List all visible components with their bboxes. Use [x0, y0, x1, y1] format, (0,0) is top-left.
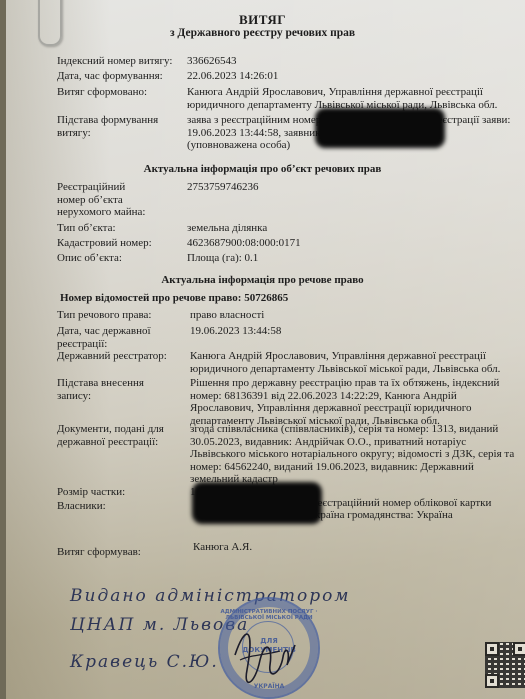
handwritten-line-issued: Видано адміністратором	[70, 586, 351, 606]
section-heading-right: Актуальна інформація про речове право	[0, 274, 525, 286]
qr-code[interactable]	[485, 642, 525, 688]
field-label: Документи, подані для державної реєстрац…	[57, 423, 167, 448]
field-label: Тип об’єкта:	[57, 222, 182, 235]
qr-finder-bottom-left	[485, 674, 499, 688]
signature	[225, 615, 305, 695]
field-value: Канюга Андрій Ярославович, Управління де…	[190, 350, 520, 375]
field-value: 4623687900:08:000:0171	[187, 237, 517, 250]
document-subtitle: з Державного реєстру речових прав	[0, 27, 525, 39]
section-heading-object: Актуальна інформація про об’єкт речових …	[0, 163, 525, 175]
redaction-applicant	[315, 108, 445, 148]
right-record-number: Номер відомостей про речове право: 50726…	[60, 292, 288, 304]
field-value: 336626543	[187, 55, 517, 68]
owners-line-2-end: країна громадянства: Україна	[315, 509, 453, 522]
field-label: Підстава внесення запису:	[57, 377, 152, 402]
field-label: Власники:	[57, 500, 182, 513]
qr-finder-top-right	[513, 642, 525, 656]
value-line-3: (уповноважена особа)	[187, 139, 290, 151]
field-label: Підстава формування витягу:	[57, 114, 177, 139]
value-line-1-start: заява з реєстраційним номером	[187, 114, 333, 126]
owners-line-1-end: реєстраційний номер облікової картки	[312, 497, 491, 510]
field-value: 19.06.2023 13:44:58	[190, 325, 520, 338]
field-label: Державний реєстратор:	[57, 350, 182, 363]
field-label: Дата, час державної реєстрації:	[57, 325, 157, 350]
field-label: Індексний номер витягу:	[57, 55, 182, 68]
field-value: Площа (га): 0.1	[187, 252, 517, 265]
document-title: ВИТЯГ	[0, 12, 525, 28]
field-value: Канюга А.Я.	[193, 541, 523, 554]
handwritten-line-name: Кравець С.Ю.	[70, 652, 219, 672]
qr-finder-top-left	[485, 642, 499, 656]
field-label: Кадастровий номер:	[57, 237, 182, 250]
field-value: земельна ділянка	[187, 222, 517, 235]
field-value: Рішення про державну реєстрацію прав та …	[190, 377, 520, 427]
field-label: Реєстраційний номер об’єкта нерухомого м…	[57, 181, 152, 219]
field-label: Тип речового права:	[57, 309, 182, 322]
value-line-2-start: 19.06.2023 13:44:58, заявник:	[187, 127, 324, 139]
redaction-owners	[192, 482, 322, 524]
field-value: право власності	[190, 309, 520, 322]
field-value: 22.06.2023 14:26:01	[187, 70, 517, 83]
field-label: Витяг сформував:	[57, 546, 182, 559]
field-label: Витяг сформовано:	[57, 86, 182, 99]
field-value: згода співвласника (співвласників), сері…	[190, 423, 520, 486]
field-label: Розмір частки:	[57, 486, 182, 499]
field-label: Дата, час формування:	[57, 70, 182, 83]
extract-document: ВИТЯГ з Державного реєстру речових прав …	[0, 0, 525, 699]
field-value: 2753759746236	[187, 181, 517, 194]
field-label: Опис об’єкта:	[57, 252, 182, 265]
